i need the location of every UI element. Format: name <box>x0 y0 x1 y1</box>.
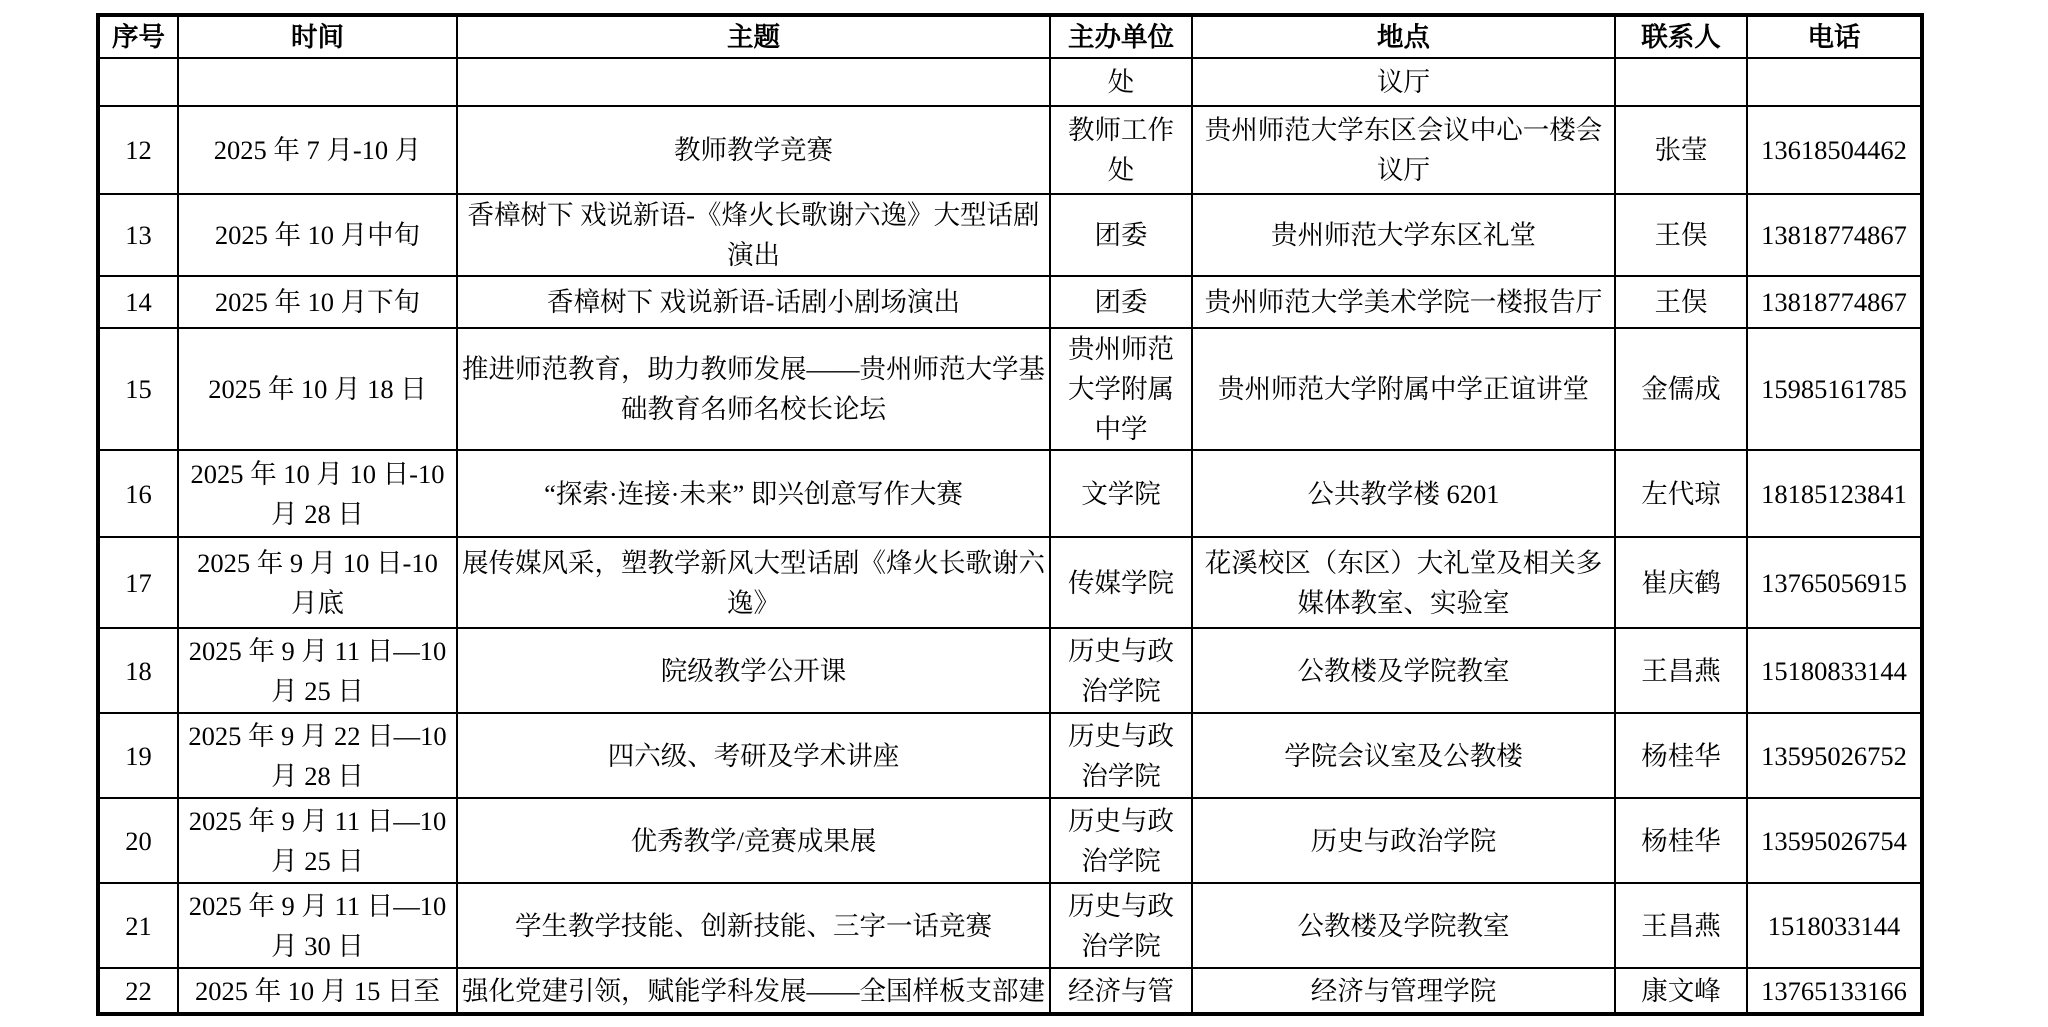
cell-index: 13 <box>98 194 178 276</box>
cell-time: 2025 年 9 月 11 日—10 月 25 日 <box>178 628 457 713</box>
cell-location: 公教楼及学院教室 <box>1192 883 1615 968</box>
cell-organizer: 文学院 <box>1050 450 1192 537</box>
column-header-time: 时间 <box>178 15 457 58</box>
cell-time: 2025 年 10 月下旬 <box>178 276 457 328</box>
cell-phone: 13765056915 <box>1747 537 1922 628</box>
header-row: 序号时间主题主办单位地点联系人电话 <box>98 15 1922 58</box>
cell-location: 贵州师范大学附属中学正谊讲堂 <box>1192 328 1615 450</box>
cell-phone: 13765133166 <box>1747 968 1922 1014</box>
cell-location: 贵州师范大学美术学院一楼报告厅 <box>1192 276 1615 328</box>
cell-topic <box>457 58 1050 106</box>
table-row: 212025 年 9 月 11 日—10 月 30 日学生教学技能、创新技能、三… <box>98 883 1922 968</box>
table-row: 132025 年 10 月中旬香樟树下 戏说新语-《烽火长歌谢六逸》大型话剧演出… <box>98 194 1922 276</box>
table-row: 222025 年 10 月 15 日至强化党建引领，赋能学科发展——全国样板支部… <box>98 968 1922 1014</box>
cell-phone: 13818774867 <box>1747 194 1922 276</box>
table-row: 122025 年 7 月-10 月教师教学竞赛教师工作处贵州师范大学东区会议中心… <box>98 106 1922 194</box>
cell-topic: “探索·连接·未来” 即兴创意写作大赛 <box>457 450 1050 537</box>
cell-organizer: 历史与政治学院 <box>1050 883 1192 968</box>
cell-index: 15 <box>98 328 178 450</box>
cell-index: 18 <box>98 628 178 713</box>
cell-organizer: 历史与政治学院 <box>1050 628 1192 713</box>
cell-index: 22 <box>98 968 178 1014</box>
cell-location: 贵州师范大学东区会议中心一楼会议厅 <box>1192 106 1615 194</box>
cell-time: 2025 年 9 月 10 日-10 月底 <box>178 537 457 628</box>
cell-contact: 张莹 <box>1615 106 1747 194</box>
cell-index: 20 <box>98 798 178 883</box>
cell-topic: 院级教学公开课 <box>457 628 1050 713</box>
cell-location: 学院会议室及公教楼 <box>1192 713 1615 798</box>
cell-location: 经济与管理学院 <box>1192 968 1615 1014</box>
cell-organizer: 贵州师范大学附属中学 <box>1050 328 1192 450</box>
table-row: 202025 年 9 月 11 日—10 月 25 日优秀教学/竞赛成果展历史与… <box>98 798 1922 883</box>
cell-contact <box>1615 58 1747 106</box>
cell-organizer: 经济与管 <box>1050 968 1192 1014</box>
table-row: 152025 年 10 月 18 日推进师范教育，助力教师发展——贵州师范大学基… <box>98 328 1922 450</box>
table-row: 处议厅 <box>98 58 1922 106</box>
cell-time: 2025 年 10 月中旬 <box>178 194 457 276</box>
column-header-topic: 主题 <box>457 15 1050 58</box>
table-header: 序号时间主题主办单位地点联系人电话 <box>98 15 1922 58</box>
cell-topic: 香樟树下 戏说新语-话剧小剧场演出 <box>457 276 1050 328</box>
cell-contact: 王俣 <box>1615 194 1747 276</box>
cell-time: 2025 年 9 月 22 日—10 月 28 日 <box>178 713 457 798</box>
cell-location: 花溪校区（东区）大礼堂及相关多媒体教室、实验室 <box>1192 537 1615 628</box>
cell-index: 19 <box>98 713 178 798</box>
cell-phone: 13595026752 <box>1747 713 1922 798</box>
table-row: 192025 年 9 月 22 日—10 月 28 日四六级、考研及学术讲座历史… <box>98 713 1922 798</box>
cell-index: 21 <box>98 883 178 968</box>
cell-index: 14 <box>98 276 178 328</box>
cell-organizer: 处 <box>1050 58 1192 106</box>
cell-time: 2025 年 9 月 11 日—10 月 30 日 <box>178 883 457 968</box>
column-header-index: 序号 <box>98 15 178 58</box>
cell-contact: 王昌燕 <box>1615 628 1747 713</box>
column-header-phone: 电话 <box>1747 15 1922 58</box>
cell-organizer: 历史与政治学院 <box>1050 713 1192 798</box>
cell-topic: 推进师范教育，助力教师发展——贵州师范大学基础教育名师名校长论坛 <box>457 328 1050 450</box>
cell-phone: 13595026754 <box>1747 798 1922 883</box>
cell-phone: 1518033144 <box>1747 883 1922 968</box>
cell-time <box>178 58 457 106</box>
cell-location: 公教楼及学院教室 <box>1192 628 1615 713</box>
cell-index: 17 <box>98 537 178 628</box>
cell-contact: 金儒成 <box>1615 328 1747 450</box>
cell-location: 历史与政治学院 <box>1192 798 1615 883</box>
column-header-location: 地点 <box>1192 15 1615 58</box>
cell-location: 议厅 <box>1192 58 1615 106</box>
cell-topic: 四六级、考研及学术讲座 <box>457 713 1050 798</box>
table-row: 182025 年 9 月 11 日—10 月 25 日院级教学公开课历史与政治学… <box>98 628 1922 713</box>
cell-contact: 杨桂华 <box>1615 798 1747 883</box>
cell-topic: 香樟树下 戏说新语-《烽火长歌谢六逸》大型话剧演出 <box>457 194 1050 276</box>
cell-organizer: 传媒学院 <box>1050 537 1192 628</box>
table-row: 142025 年 10 月下旬香樟树下 戏说新语-话剧小剧场演出团委贵州师范大学… <box>98 276 1922 328</box>
cell-time: 2025 年 10 月 18 日 <box>178 328 457 450</box>
cell-contact: 崔庆鹤 <box>1615 537 1747 628</box>
table-body: 处议厅122025 年 7 月-10 月教师教学竞赛教师工作处贵州师范大学东区会… <box>98 58 1922 1014</box>
cell-topic: 强化党建引领，赋能学科发展——全国样板支部建 <box>457 968 1050 1014</box>
column-header-organizer: 主办单位 <box>1050 15 1192 58</box>
cell-time: 2025 年 7 月-10 月 <box>178 106 457 194</box>
cell-contact: 王昌燕 <box>1615 883 1747 968</box>
cell-topic: 教师教学竞赛 <box>457 106 1050 194</box>
cell-phone: 18185123841 <box>1747 450 1922 537</box>
cell-location: 贵州师范大学东区礼堂 <box>1192 194 1615 276</box>
cell-topic: 学生教学技能、创新技能、三字一话竞赛 <box>457 883 1050 968</box>
cell-index <box>98 58 178 106</box>
cell-index: 12 <box>98 106 178 194</box>
cell-time: 2025 年 10 月 10 日-10 月 28 日 <box>178 450 457 537</box>
cell-phone <box>1747 58 1922 106</box>
cell-phone: 15985161785 <box>1747 328 1922 450</box>
cell-topic: 展传媒风采，塑教学新风大型话剧《烽火长歌谢六逸》 <box>457 537 1050 628</box>
cell-contact: 左代琼 <box>1615 450 1747 537</box>
column-header-contact: 联系人 <box>1615 15 1747 58</box>
events-table: 序号时间主题主办单位地点联系人电话 处议厅122025 年 7 月-10 月教师… <box>96 13 1924 1016</box>
cell-organizer: 团委 <box>1050 194 1192 276</box>
cell-phone: 15180833144 <box>1747 628 1922 713</box>
table-row: 172025 年 9 月 10 日-10 月底展传媒风采，塑教学新风大型话剧《烽… <box>98 537 1922 628</box>
cell-organizer: 教师工作处 <box>1050 106 1192 194</box>
cell-contact: 杨桂华 <box>1615 713 1747 798</box>
cell-contact: 康文峰 <box>1615 968 1747 1014</box>
cell-topic: 优秀教学/竞赛成果展 <box>457 798 1050 883</box>
cell-time: 2025 年 9 月 11 日—10 月 25 日 <box>178 798 457 883</box>
document-page: 序号时间主题主办单位地点联系人电话 处议厅122025 年 7 月-10 月教师… <box>0 0 2048 1027</box>
cell-index: 16 <box>98 450 178 537</box>
cell-location: 公共教学楼 6201 <box>1192 450 1615 537</box>
table-row: 162025 年 10 月 10 日-10 月 28 日“探索·连接·未来” 即… <box>98 450 1922 537</box>
cell-organizer: 团委 <box>1050 276 1192 328</box>
cell-phone: 13818774867 <box>1747 276 1922 328</box>
cell-phone: 13618504462 <box>1747 106 1922 194</box>
cell-contact: 王俣 <box>1615 276 1747 328</box>
cell-time: 2025 年 10 月 15 日至 <box>178 968 457 1014</box>
cell-organizer: 历史与政治学院 <box>1050 798 1192 883</box>
